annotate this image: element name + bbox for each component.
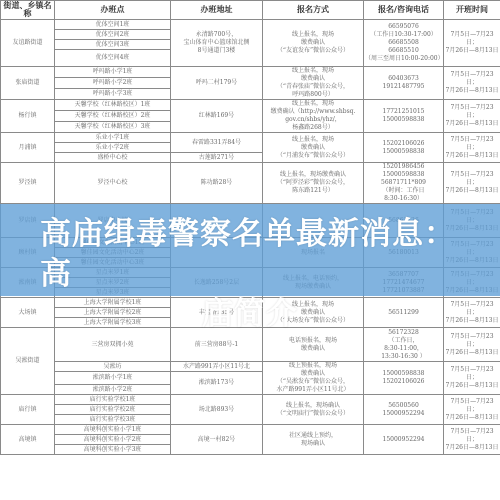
- phone-cell: 15000952294: [364, 425, 444, 455]
- address-cell: 陈功路28号: [171, 163, 263, 204]
- table-row: 友谊路街道 优体空间1班 永清路700号， 宝山体育中心篮球馆北侧 8号通道门3…: [1, 20, 500, 30]
- headline-title: 高庙缉毒警察名单最新消息：高 庙简介: [40, 214, 470, 334]
- site-cell: 乐业小学2班: [55, 143, 171, 153]
- site-cell: 天馨学校（红林路校区）3班: [55, 122, 171, 133]
- address-cell: 场北路893号: [171, 395, 263, 425]
- district-cell: 月浦镇: [1, 133, 55, 163]
- address-cell: 红林路169号: [171, 100, 263, 133]
- district-cell: 吴淞街道: [1, 328, 55, 395]
- table-row: 罗泾镇 罗泾中心校 陈功路28号 线上报名，现场缴费确认 （“阿罗泾彩”微信公众…: [1, 163, 500, 204]
- signup-cell: 线上报名，现场缴费确认 （“阿罗泾彩”微信公众号， 陈东路121号）: [263, 163, 364, 204]
- dates-cell: 7月5日—7月23日； 7月26日—8月13日: [444, 362, 500, 395]
- dates-cell: 7月5日—7月23日； 7月26日—8月13日: [444, 395, 500, 425]
- site-cell: 盛桥中心校: [55, 153, 171, 163]
- site-cell: 高境科创实验小学1班: [55, 425, 171, 435]
- dates-cell: 7月5日—7月23日； 7月26日—8月13日: [444, 163, 500, 204]
- dates-cell: 7月5日—7月23日； 7月26日—8月13日: [444, 133, 500, 163]
- site-cell: 乐业小学1班: [55, 133, 171, 143]
- address-cell: 春雷路331弄84号: [171, 133, 263, 153]
- table-row: 月浦镇 乐业小学1班 春雷路331弄84号 线上报名，现场 缴费确认 （“月浦发…: [1, 133, 500, 143]
- table-row: 庙行镇 庙行实验学校1班 场北路893号 线上报名，现场确认 （“文明庙行”微信…: [1, 395, 500, 405]
- district-cell: 张庙街道: [1, 67, 55, 100]
- site-cell: 庙行实验学校3班: [55, 415, 171, 425]
- address-cell: 淞滨路173号: [171, 372, 263, 395]
- dates-cell: 7月5日—7月23日； 7月26日—8月13日: [444, 425, 500, 455]
- address-cell: 永清路700号， 宝山体育中心篮球馆北侧 8号通道门3楼: [171, 20, 263, 67]
- site-cell: 呼玛路小学1班: [55, 67, 171, 78]
- table-row: 吴淞坊 水产路991弄小区11号北 线上预报名，现场 缴费确认 （“吴淞发布”微…: [1, 362, 500, 372]
- dates-cell: 7月5日—7月23日； 7月26日—8月13日: [444, 67, 500, 100]
- site-cell: 优体空间1班: [55, 20, 171, 30]
- phone-cell: 15202106026 15000598838: [364, 133, 444, 163]
- dates-cell: 7月5日—7月23日； 7月26日—8月13日: [444, 20, 500, 67]
- site-cell: 优体空间3班: [55, 40, 171, 50]
- signup-cell: 线上报名，现场 缴费确认（http://www.shbsq. gov.cn/sh…: [263, 100, 364, 133]
- header-phone: 报名/咨询电话: [364, 1, 444, 20]
- header-signup: 报名方式: [263, 1, 364, 20]
- phone-cell: 66595076 （工作日10:30-17:00） 66685508 66685…: [364, 20, 444, 67]
- header-dates: 开班时间: [444, 1, 500, 20]
- site-cell: 呼玛路小学3班: [55, 89, 171, 100]
- table-header-row: 街道、乡镇名称 办班点 办班地址 报名方式 报名/咨询电话 开班时间: [1, 1, 500, 20]
- address-cell: 水产路991弄小区11号北: [171, 362, 263, 372]
- headline-line-1: 高庙缉毒警察名单最新消息：高: [40, 216, 456, 292]
- district-cell: 友谊路街道: [1, 20, 55, 67]
- site-cell: 天馨学校（红林路校区）2班: [55, 111, 171, 122]
- signup-cell: 线上报名，现场 缴费确认 （“月浦发布”微信公众号）: [263, 133, 364, 163]
- site-cell: 吴淞坊: [55, 362, 171, 372]
- site-cell: 天馨学校（红林路校区）1班: [55, 100, 171, 111]
- signup-cell: 线上报名，现场 缴费确认 （“友谊发布”微信公众号）: [263, 20, 364, 67]
- site-cell: 淞滨路小学1班: [55, 372, 171, 385]
- header-site: 办班点: [55, 1, 171, 20]
- site-cell: 庙行实验学校1班: [55, 395, 171, 405]
- site-cell: 庙行实验学校2班: [55, 405, 171, 415]
- signup-cell: 社区通线上预约， 现场确认: [263, 425, 364, 455]
- district-cell: 庙行镇: [1, 395, 55, 425]
- address-cell: 古莲路271号: [171, 153, 263, 163]
- site-cell: 呼玛路小学2班: [55, 78, 171, 89]
- phone-cell: 17721251015 15000598838: [364, 100, 444, 133]
- district-cell: 高境镇: [1, 425, 55, 455]
- site-cell: 罗泾中心校: [55, 163, 171, 204]
- site-cell: 高境科创实验小学3班: [55, 445, 171, 455]
- phone-cell: 15201986456 15000598838 56871711*809 （时间…: [364, 163, 444, 204]
- table-row: 张庙街道 呼玛路小学1班 呼玛二村179号 线上报名，现场 缴费确认 （“青春张…: [1, 67, 500, 78]
- address-cell: 呼玛二村179号: [171, 67, 263, 100]
- header-district: 街道、乡镇名称: [1, 1, 55, 20]
- table-row: 高境镇 高境科创实验小学1班 高境一村82号 社区通线上预约， 现场确认 150…: [1, 425, 500, 435]
- address-cell: 高境一村82号: [171, 425, 263, 455]
- site-cell: 高境科创实验小学2班: [55, 435, 171, 445]
- signup-cell: 线上预报名，现场 缴费确认 （“吴淞发布”微信公众号， 水产路991弄小区11号…: [263, 362, 364, 395]
- district-cell: 罗泾镇: [1, 163, 55, 204]
- headline-line-2: 庙简介: [40, 294, 470, 334]
- phone-cell: 15000598838 15202106026: [364, 362, 444, 395]
- phone-cell: 56500560 15000952294: [364, 395, 444, 425]
- signup-cell: 线上报名，现场 缴费确认 （“青春张庙”微信公众号， 呼玛路800号）: [263, 67, 364, 100]
- phone-cell: 60403673 19121487795: [364, 67, 444, 100]
- site-cell: 优体空间2班: [55, 30, 171, 40]
- district-cell: 杨行镇: [1, 100, 55, 133]
- header-address: 办班地址: [171, 1, 263, 20]
- signup-cell: 线上报名，现场确认 （“文明庙行”微信公众号）: [263, 395, 364, 425]
- site-cell: 淞滨路小学2班: [55, 385, 171, 395]
- table-row: 杨行镇 天馨学校（红林路校区）1班 红林路169号 线上报名，现场 缴费确认（h…: [1, 100, 500, 111]
- dates-cell: 7月5日—7月23日； 7月26日—8月13日: [444, 100, 500, 133]
- site-cell: 优体空间4班: [55, 50, 171, 67]
